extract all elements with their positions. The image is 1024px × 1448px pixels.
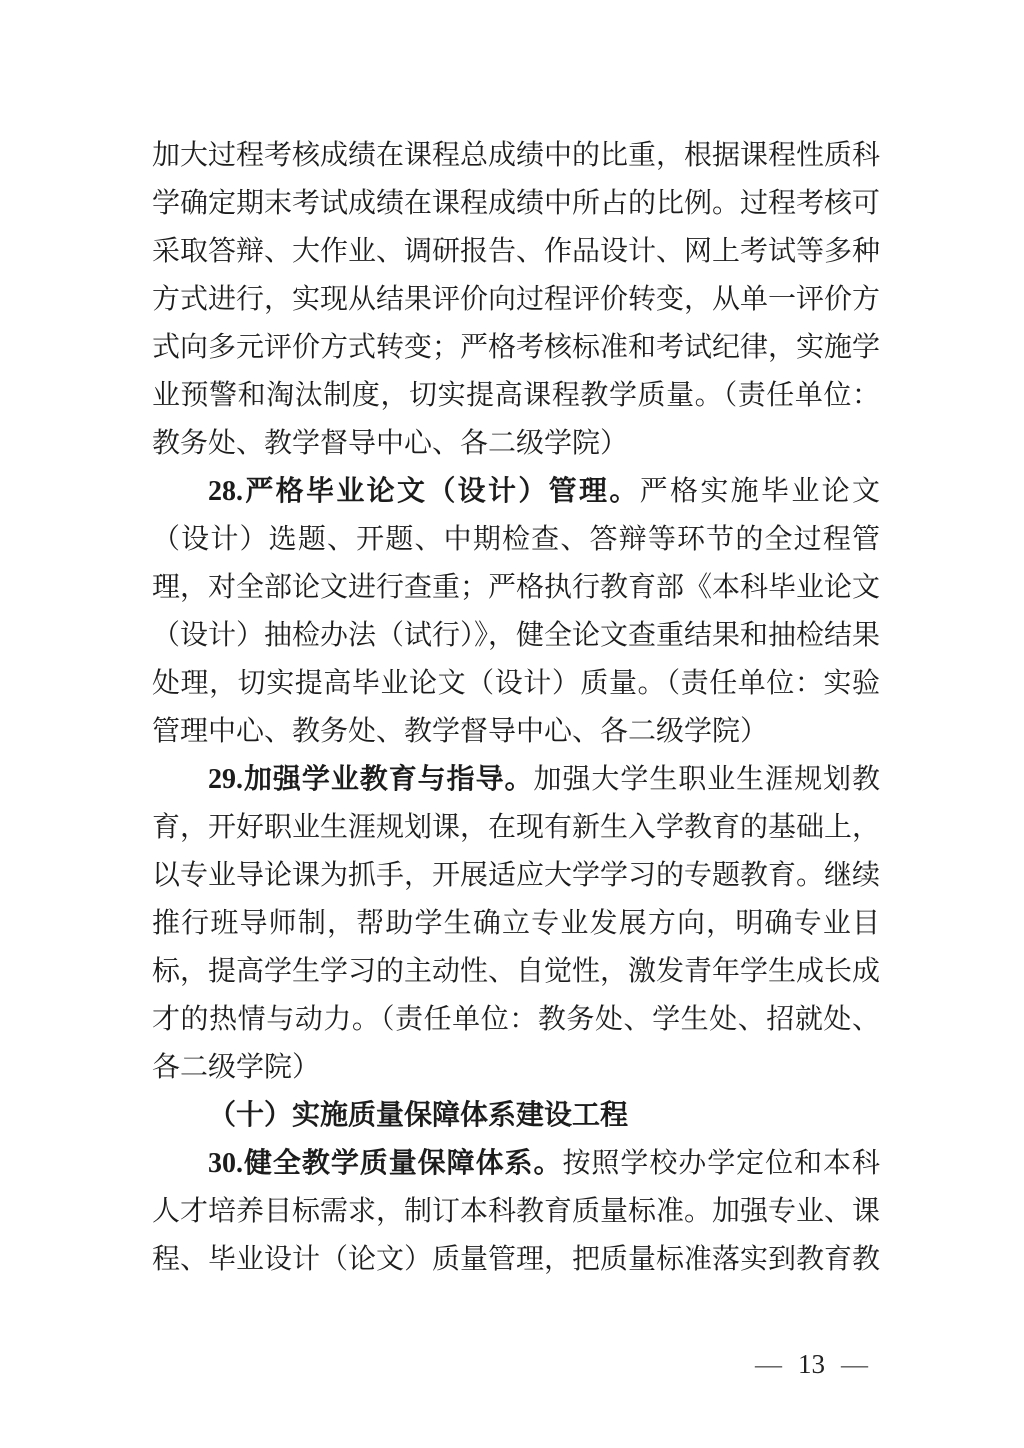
paragraph-text: 严格实施毕业论文（设计）选题、开题、中期检查、答辩等环节的全过程管理，对全部论文… (152, 476, 880, 747)
page-number: 13 (798, 1349, 825, 1379)
paragraph-lead: 28.严格毕业论文（设计）管理。 (208, 476, 640, 507)
document-page: 加大过程考核成绩在课程总成绩中的比重，根据课程性质科学确定期末考试成绩在课程成绩… (0, 0, 1024, 1448)
paragraph-lead: 30.健全教学质量保障体系。 (208, 1148, 562, 1179)
footer-dash-left: — (755, 1349, 782, 1379)
paragraph-lead: 29.加强学业教育与指导。 (208, 764, 534, 795)
document-body: 加大过程考核成绩在课程总成绩中的比重，根据课程性质科学确定期末考试成绩在课程成绩… (152, 132, 880, 1284)
paragraph-text: 加大过程考核成绩在课程总成绩中的比重，根据课程性质科学确定期末考试成绩在课程成绩… (152, 140, 880, 459)
paragraph-item-28: 28.严格毕业论文（设计）管理。严格实施毕业论文（设计）选题、开题、中期检查、答… (152, 468, 880, 756)
paragraph-continuation: 加大过程考核成绩在课程总成绩中的比重，根据课程性质科学确定期末考试成绩在课程成绩… (152, 132, 880, 468)
paragraph-item-30: 30.健全教学质量保障体系。按照学校办学定位和本科人才培养目标需求，制订本科教育… (152, 1140, 880, 1284)
footer-dash-right: — (841, 1349, 868, 1379)
paragraph-item-29: 29.加强学业教育与指导。加强大学生职业生涯规划教育，开好职业生涯规划课，在现有… (152, 756, 880, 1092)
page-footer: —13— (755, 1349, 868, 1380)
section-heading: （十）实施质量保障体系建设工程 (152, 1092, 880, 1140)
paragraph-text: 加强大学生职业生涯规划教育，开好职业生涯规划课，在现有新生入学教育的基础上，以专… (152, 764, 880, 1083)
